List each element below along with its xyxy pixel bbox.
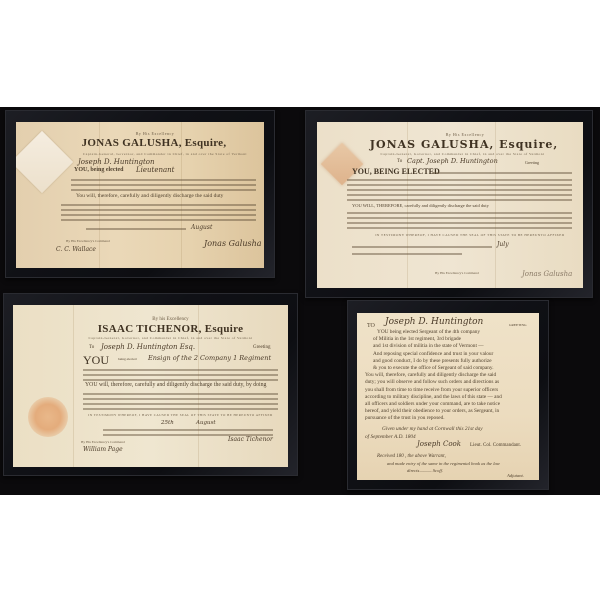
body-line: according to military discipline, and th…: [365, 394, 537, 401]
you-being-elected: being elected: [118, 357, 137, 361]
doc-subtitle: Captain-General, Governor, and Commander…: [66, 152, 264, 156]
entry-line: and made entry of the same in the regime…: [387, 461, 500, 466]
adjutant-label: Adjutant.: [507, 473, 524, 478]
by-command: By His Excellency's Command: [66, 239, 110, 243]
governor-signature: Isaac Tichenor: [228, 436, 273, 443]
governor-signature: Jonas Galusha: [522, 270, 572, 278]
testimony: IN TESTIMONY WHEREOF, I HAVE CAUSED THE …: [73, 413, 288, 417]
body-line: And reposing special confidence and trus…: [365, 351, 537, 358]
wax-seal-round: [28, 397, 68, 437]
rank: Lieutenant: [136, 166, 175, 174]
given-month-line: of September A.D. 1804: [365, 434, 416, 440]
greeting: Greeting: [253, 345, 271, 350]
doc-title: ISAAC TICHENOR, Esquire: [53, 323, 288, 335]
date-month: August: [196, 420, 216, 426]
date-day: 25th: [161, 420, 174, 426]
testimony: IN TESTIMONY WHEREOF, I HAVE CAUSED THE …: [357, 233, 583, 237]
doc-subtitle: Captain-General, Governor, and Commander…: [53, 336, 288, 340]
you-label: YOU: [83, 353, 109, 368]
directs-line: directs——— Scoff.: [407, 468, 443, 473]
date-month: August: [191, 224, 212, 231]
by-command: By His Excellency's Command: [81, 440, 125, 444]
document-galusha-1: By His Excellency JONAS GALUSHA, Esquire…: [16, 122, 264, 268]
commandant-title: Lieut. Col. Commandant.: [470, 443, 521, 448]
document-warrant: TO Joseph D. Huntington Greeting YOU bei…: [357, 313, 539, 480]
recipient-name: Capt. Joseph D. Huntington: [407, 157, 498, 165]
body-phrase: YOU will, therefore, carefully and dilig…: [85, 382, 266, 388]
warrant-body: YOU being elected Sergeant of the 4th co…: [365, 329, 537, 423]
frame-galusha-2: By His Excellency JONAS GALUSHA, Esquire…: [305, 110, 593, 298]
body-line: duty; you will observe and follow such o…: [365, 379, 537, 386]
doc-subtitle: Captain-General, Governor, and Commander…: [342, 152, 583, 156]
to-label: To: [89, 345, 94, 350]
commandant-signature: Joseph Cook: [417, 440, 461, 448]
doc-title: JONAS GALUSHA, Esquire,: [345, 138, 583, 151]
governor-signature: Jonas Galusha: [204, 239, 262, 248]
frame-tichenor: By his Excellency ISAAC TICHENOR, Esquir…: [3, 293, 298, 476]
body-line: pursuance of the trust in you reposed.: [365, 415, 537, 422]
recipient-name: Joseph D. Huntington Esq.: [101, 343, 195, 351]
you-being-elected: YOU, being elected: [74, 167, 124, 173]
doc-header: By His Excellency: [46, 131, 264, 136]
given-line: Given under my hand at Cornwall this 21s…: [382, 426, 483, 432]
doc-header: By His Excellency: [347, 132, 583, 137]
recipient-name: Joseph D. Huntington: [385, 317, 483, 327]
received-line: Received 180 , the above Warrant,: [377, 454, 446, 459]
doc-title: JONAS GALUSHA, Esquire,: [44, 137, 264, 149]
date-month: July: [497, 241, 509, 248]
you-being-elected: YOU, BEING ELECTED: [352, 167, 440, 176]
rank: Ensign of the 2 Company 1 Regiment: [148, 354, 271, 362]
body-phrase: You will, therefore, carefully and dilig…: [76, 193, 223, 199]
to-label: To: [397, 159, 402, 164]
body-line: and 1st division of militia in the state…: [365, 343, 537, 350]
document-galusha-2: By His Excellency JONAS GALUSHA, Esquire…: [317, 122, 583, 288]
body-line: you shall from time to time receive from…: [365, 387, 537, 394]
greeting: Greeting: [509, 323, 527, 327]
document-tichenor: By his Excellency ISAAC TICHENOR, Esquir…: [13, 305, 288, 467]
body-phrase: YOU WILL, THEREFORE, carefully and dilig…: [352, 203, 489, 208]
frame-galusha-1: By His Excellency JONAS GALUSHA, Esquire…: [5, 110, 275, 278]
secretary-signature: C. C. Wallace: [56, 246, 96, 253]
body-line: and good conduct, I do by these presents…: [365, 358, 537, 365]
by-command: By His Excellency's Command: [435, 271, 479, 275]
recipient-name: Joseph D. Huntington: [78, 158, 154, 166]
secretary-signature: William Page: [83, 446, 123, 453]
greeting: Greeting: [525, 160, 539, 165]
doc-header: By his Excellency: [53, 317, 288, 322]
frame-warrant: TO Joseph D. Huntington Greeting YOU bei…: [347, 300, 549, 490]
